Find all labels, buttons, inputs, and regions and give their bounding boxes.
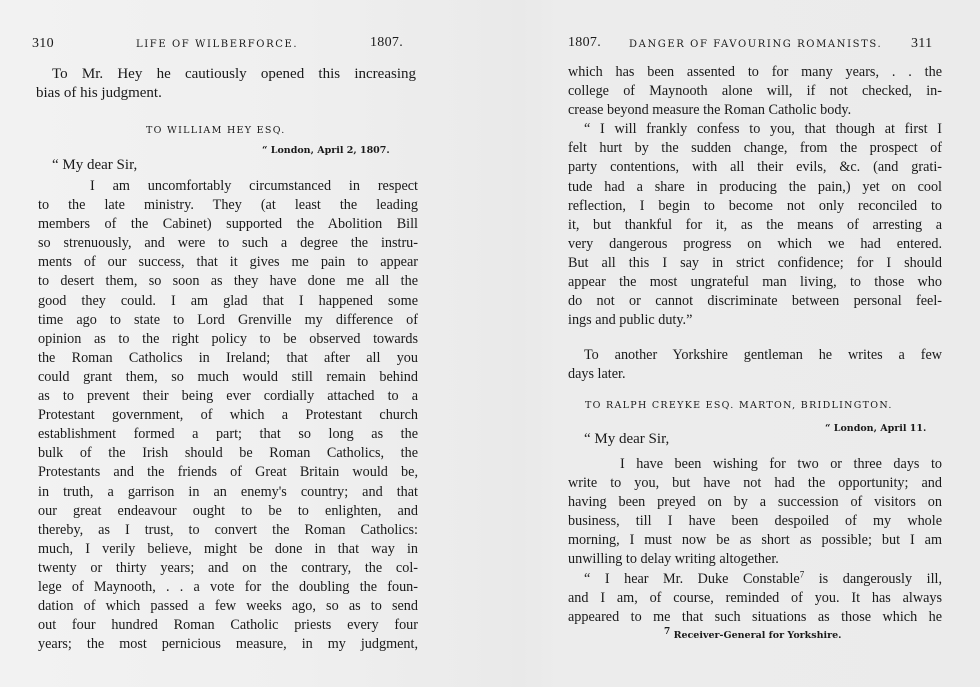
text-line: having been preyed on by a succession of… (568, 493, 942, 512)
text-line: bulk of the Irish should be Roman Cathol… (38, 444, 418, 463)
text-line: members of the Cabinet) supported the Ab… (38, 215, 418, 234)
text-line: morning, I must now be as short as possi… (568, 531, 942, 550)
text-line: do not or cannot discriminate between pe… (568, 292, 942, 311)
letter-body: I am uncomfortably circumstanced in resp… (38, 177, 418, 654)
text-line: ments of our success, that it gives me p… (38, 253, 418, 272)
text-line: to the late ministry. They (at least the… (38, 196, 418, 215)
footnote: 7 Receiver-General for Yorkshire. (664, 630, 842, 641)
text-line: years; the most pernicious measure, in m… (38, 635, 418, 654)
text-line: so strenuously, and were to such a degre… (38, 234, 418, 253)
text-line: I have been wishing for two or three day… (568, 455, 942, 474)
running-year: 1807. (370, 35, 403, 51)
left-page: 310 LIFE OF WILBERFORCE. 1807. To Mr. He… (0, 0, 490, 687)
text-line: “ I will frankly confess to you, that th… (568, 120, 942, 139)
text-line: crease beyond measure the Roman Catholic… (568, 101, 942, 120)
text-line: and I am, of course, reminded of you. It… (568, 589, 942, 608)
letter-salutation: “ My dear Sir, (584, 431, 669, 448)
letter-addressee: TO RALPH CREYKE ESQ. MARTON, BRIDLINGTON… (585, 400, 893, 411)
text-line: party contentions, with all their evils,… (568, 158, 942, 177)
page-number: 311 (911, 36, 932, 52)
text-line: To Mr. Hey he cautiously opened this inc… (36, 65, 416, 84)
text-line: business, till I have been despoiled of … (568, 512, 942, 531)
text-line: But all this I say in strict confidence;… (568, 254, 942, 273)
intro-paragraph: To another Yorkshire gentleman he writes… (568, 346, 942, 384)
text-line: establishment formed a part; that so lon… (38, 425, 418, 444)
page-number: 310 (32, 36, 54, 52)
text-line: felt hurt by the sudden change, from the… (568, 139, 942, 158)
text-line: reflection, I begin to become not only r… (568, 197, 942, 216)
text-line: “ I hear Mr. Duke Constable7 is dangerou… (568, 570, 942, 589)
text-line: lege of Maynooth, . . a vote for the dou… (38, 578, 418, 597)
text-line: opinion as to the right policy to be obs… (38, 330, 418, 349)
text-line: Protestant government, of which a Protes… (38, 406, 418, 425)
right-page: 1807. DANGER OF FAVOURING ROMANISTS. 311… (540, 0, 980, 687)
intro-paragraph: To Mr. Hey he cautiously opened this inc… (36, 65, 416, 103)
text-line: dation of which passed a few weeks ago, … (38, 597, 418, 616)
running-title: LIFE OF WILBERFORCE. (136, 39, 298, 50)
text-line: out four hundred Roman Catholic priests … (38, 616, 418, 635)
text-line: appear the most ungrateful man living, t… (568, 273, 942, 292)
text-line: time ago to state to Lord Grenville my d… (38, 311, 418, 330)
text-line: bias of his judgment. (36, 84, 416, 103)
text-line: which has been assented to for many year… (568, 63, 942, 82)
text-line: to desert them, so soon as they have don… (38, 272, 418, 291)
letter-body: I have been wishing for two or three day… (568, 455, 942, 627)
text-line: much, I verily believe, might be done in… (38, 540, 418, 559)
text-line: days later. (568, 365, 942, 384)
text-line: tude had a share in producing the pain,)… (568, 178, 942, 197)
text-line: Protestants and the friends of Great Bri… (38, 463, 418, 482)
text-line: in truth, a garrison in an enemy's count… (38, 483, 418, 502)
book-spread: 310 LIFE OF WILBERFORCE. 1807. To Mr. He… (0, 0, 980, 687)
letter-continuation: which has been assented to for many year… (568, 63, 942, 330)
footnote-text: Receiver-General for Yorkshire. (674, 630, 842, 641)
text-line: write to you, but have not had the oppor… (568, 474, 942, 493)
text-fragment: is dangerously ill, (804, 571, 942, 587)
text-line: it, but thankful for it, as the means of… (568, 216, 942, 235)
text-line: our great endeavour ought to be to enlig… (38, 502, 418, 521)
text-line: good they could. I am glad that I happen… (38, 292, 418, 311)
text-line: the Roman Catholics in Ireland; that aft… (38, 349, 418, 368)
text-line: ings and public duty.” (568, 311, 942, 330)
letter-dateline: “ London, April 11. (825, 423, 926, 434)
running-title: DANGER OF FAVOURING ROMANISTS. (629, 39, 882, 50)
text-line: appeared to me that such situations as t… (568, 608, 942, 627)
text-line: college of Maynooth alone will, if not c… (568, 82, 942, 101)
letter-salutation: “ My dear Sir, (52, 157, 137, 174)
footnote-marker: 7 (664, 627, 670, 637)
text-line: could grant them, so much would still re… (38, 368, 418, 387)
text-fragment: “ I hear Mr. Duke Constable (584, 571, 800, 587)
text-line: To another Yorkshire gentleman he writes… (568, 346, 942, 365)
text-line: I am uncomfortably circumstanced in resp… (38, 177, 418, 196)
text-line: thereby, as I trust, to convert the Roma… (38, 521, 418, 540)
running-year: 1807. (568, 35, 601, 51)
letter-dateline: “ London, April 2, 1807. (262, 145, 390, 156)
text-line: unwilling to delay writing altogether. (568, 550, 942, 569)
text-line: twenty or thirty years; and on the contr… (38, 559, 418, 578)
letter-addressee: TO WILLIAM HEY ESQ. (146, 125, 286, 136)
text-line: very dangerous progress on which we had … (568, 235, 942, 254)
text-line: as to prevent their being ever cordially… (38, 387, 418, 406)
